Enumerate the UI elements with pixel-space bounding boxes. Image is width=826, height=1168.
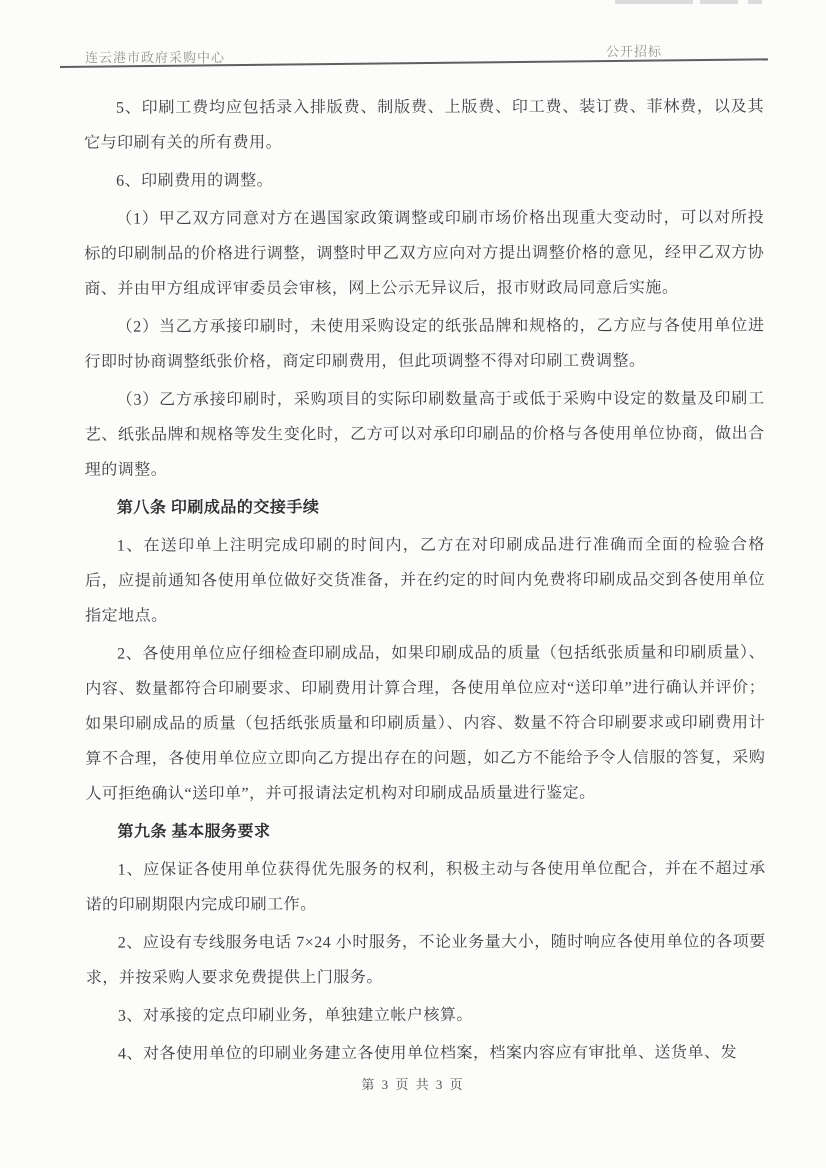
paragraph: 3、对承接的定点印刷业务，单独建立帐户核算。 bbox=[86, 997, 766, 1033]
paragraph: 1、应保证各使用单位获得优先服务的权利，积极主动与各使用单位配合，并在不超过承诺… bbox=[86, 851, 766, 922]
scan-artifact-bar bbox=[615, 0, 693, 4]
paragraph: 5、印刷工费均应包括录入排版费、制版费、上版费、印工费、装订费、菲林费，以及其它… bbox=[84, 89, 764, 160]
paragraph: （2）当乙方承接印刷时，未使用采购设定的纸张品牌和规格的，乙方应与各使用单位进行… bbox=[84, 308, 764, 379]
header-bid-type: 公开招标 bbox=[606, 41, 662, 60]
paragraph: 6、印刷费用的调整。 bbox=[84, 162, 764, 198]
paragraph: 2、各使用单位应仔细检查印刷成品，如果印刷成品的质量（包括纸张质量和印刷质量）、… bbox=[85, 635, 765, 811]
section-heading: 第八条 印刷成品的交接手续 bbox=[85, 489, 765, 525]
section-heading: 第九条 基本服务要求 bbox=[85, 813, 765, 849]
paragraph: 1、在送印单上注明完成印刷的时间内，乙方在对印刷成品进行准确而全面的检验合格后，… bbox=[85, 527, 765, 633]
page-number: 第 3 页 共 3 页 bbox=[0, 1074, 826, 1093]
document-body: 5、印刷工费均应包括录入排版费、制版费、上版费、印工费、装订费、菲林费，以及其它… bbox=[84, 89, 766, 1074]
header-org-name: 连云港市政府采购中心 bbox=[85, 47, 225, 66]
scan-artifact-bar bbox=[748, 0, 762, 4]
paragraph: 2、应设有专线服务电话 7×24 小时服务，不论业务量大小，随时响应各使用单位的… bbox=[86, 924, 766, 995]
scan-artifact-bar bbox=[700, 0, 738, 4]
paragraph: （1）甲乙双方同意对方在遇国家政策调整或印刷市场价格出现重大变动时，可以对所投标… bbox=[84, 200, 764, 306]
paragraph: （3）乙方承接印刷时，采购项目的实际印刷数量高于或低于采购中设定的数量及印刷工艺… bbox=[85, 381, 765, 487]
paragraph: 4、对各使用单位的印刷业务建立各使用单位档案，档案内容应有审批单、送货单、发 bbox=[86, 1035, 766, 1071]
